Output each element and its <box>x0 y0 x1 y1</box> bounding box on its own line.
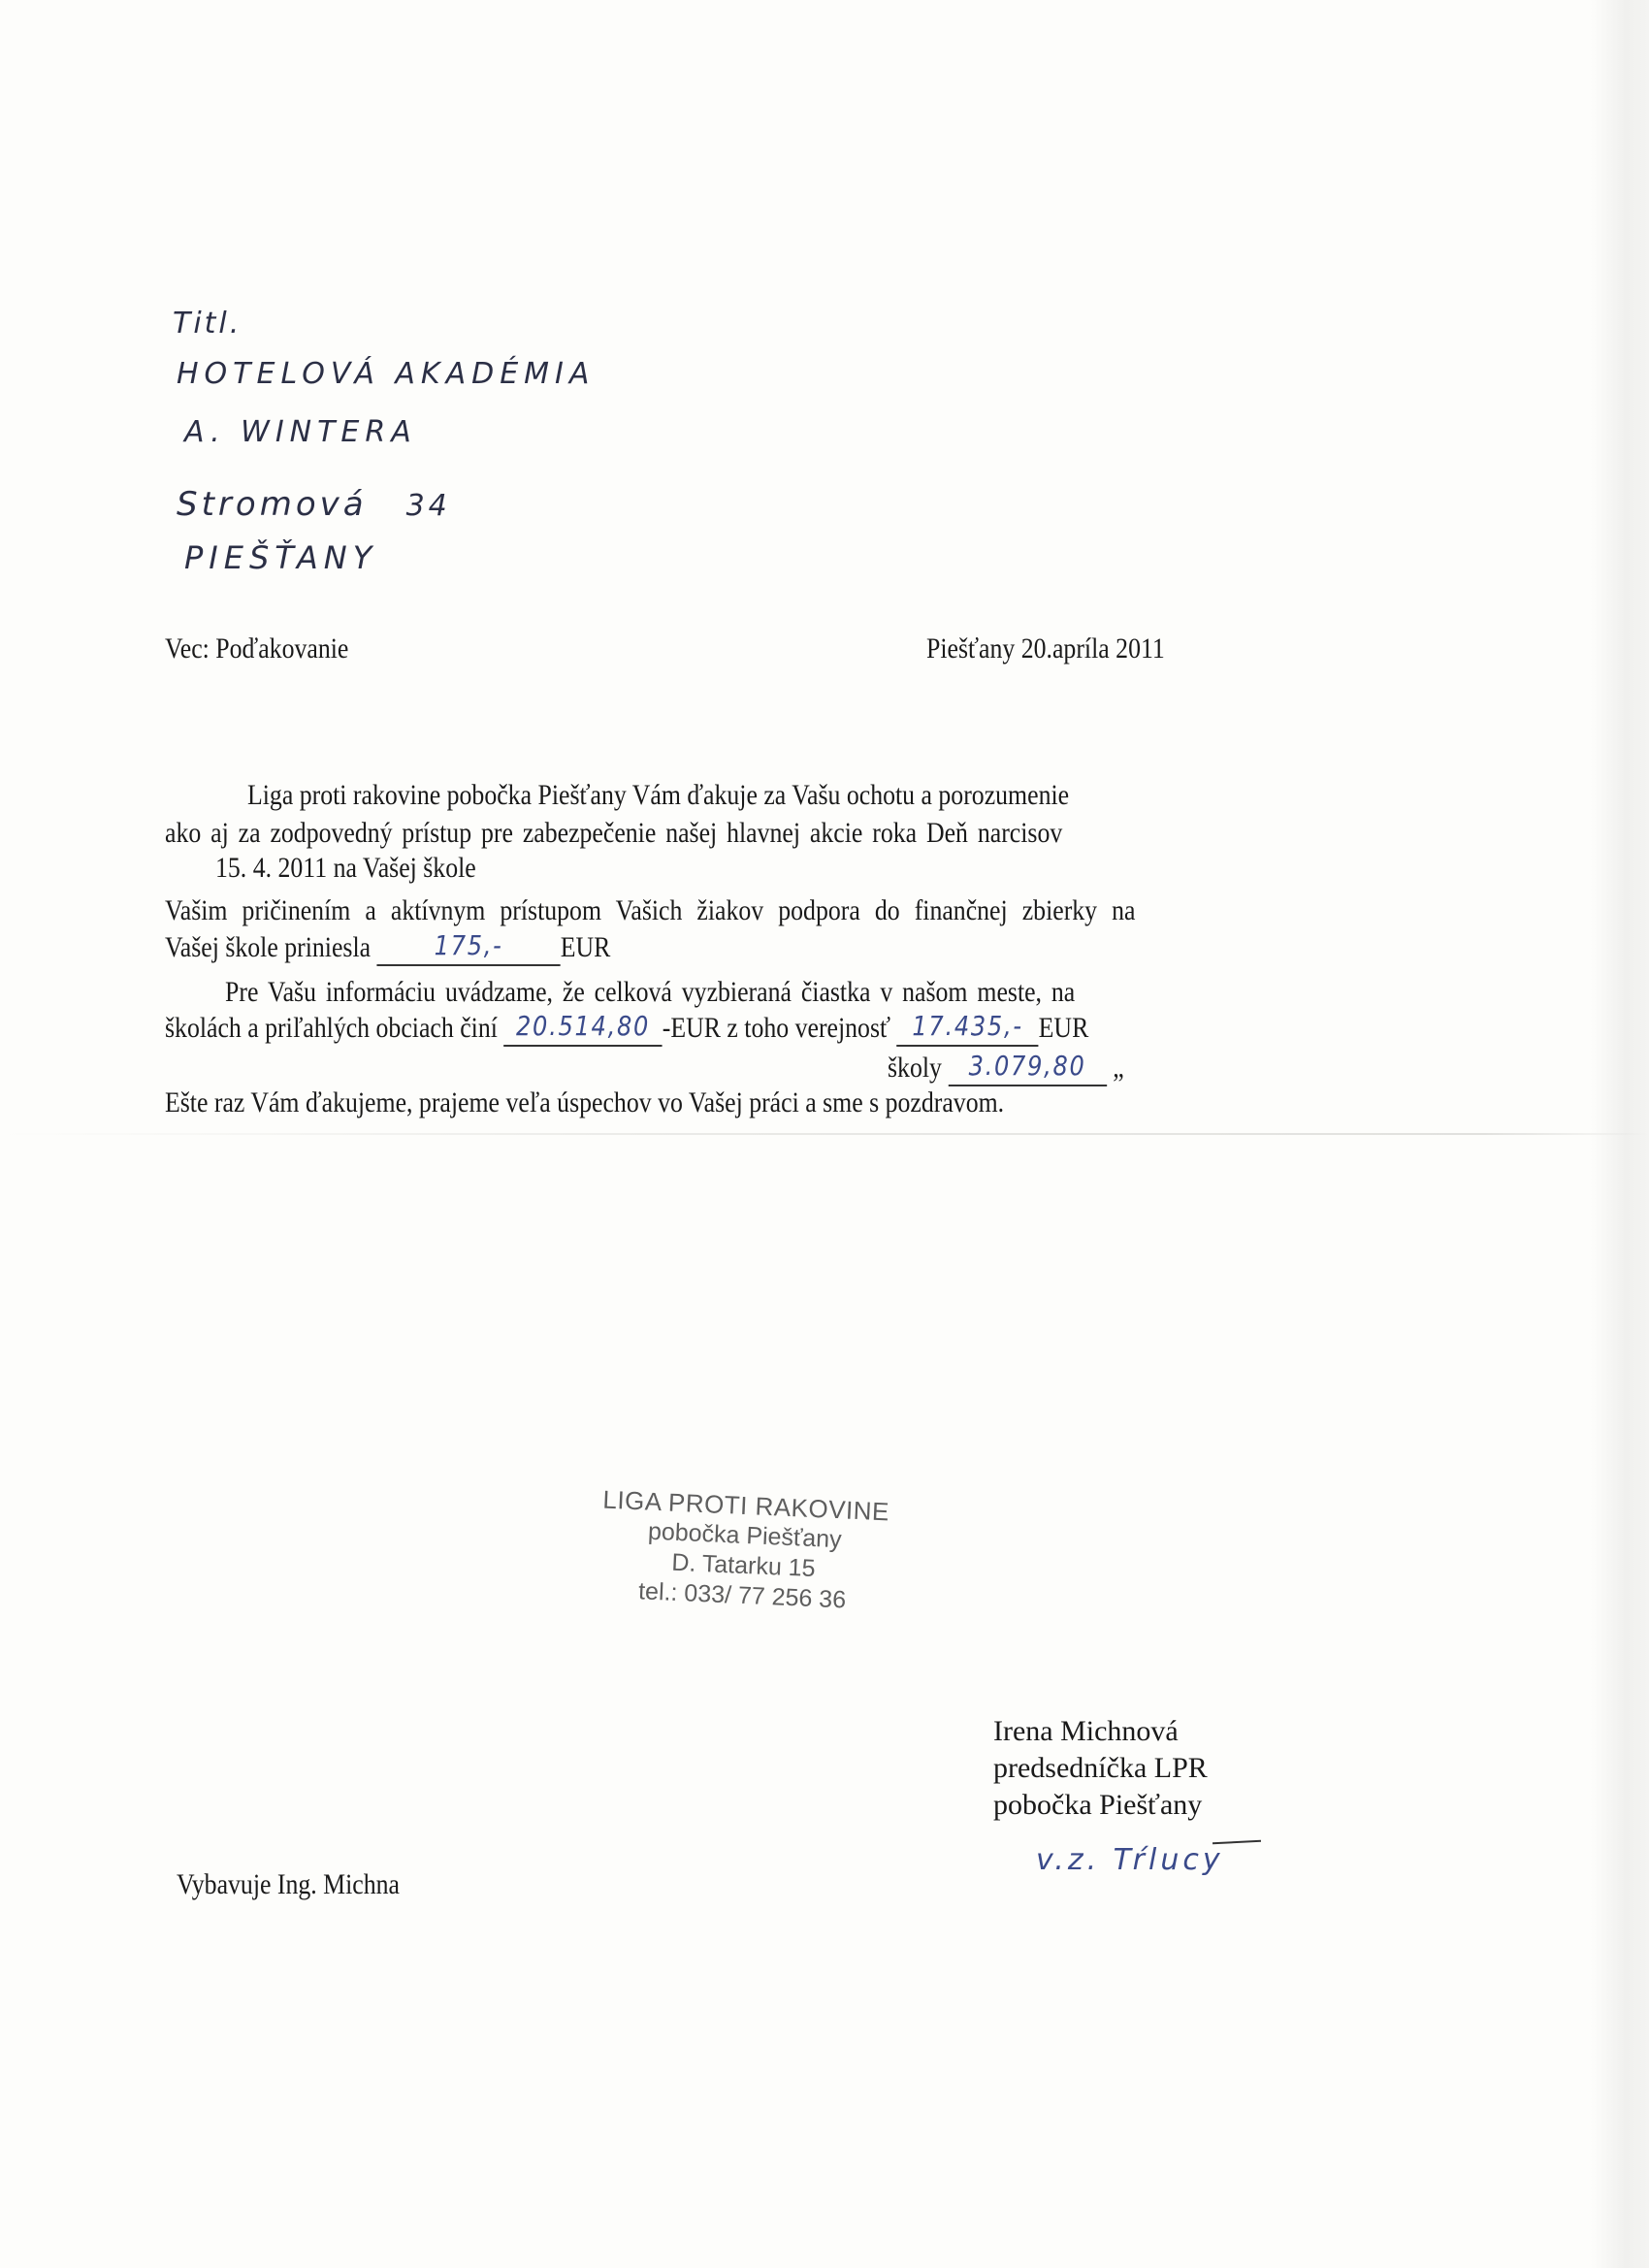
public-amount-currency: EUR <box>1039 1012 1089 1044</box>
body-line-5: Vašej škole priniesla 175,-EUR <box>165 931 610 966</box>
signatory-branch: pobočka Piešťany <box>993 1787 1208 1824</box>
handwritten-signature: v.z. Tŕlucy <box>1036 1843 1224 1877</box>
school-amount: 175,- <box>435 929 503 961</box>
signatory-name: Irena Michnová <box>993 1713 1208 1750</box>
place-date: Piešťany 20.apríla 2011 <box>926 632 1165 665</box>
total-amount-field: 20.514,80 <box>503 1012 662 1047</box>
address-street-number: 34 <box>406 489 451 523</box>
body-line-4: Vašim pričinením a aktívnym prístupom Va… <box>165 894 1135 927</box>
paper-fold-line <box>0 1133 1649 1135</box>
school-contribution-label: Vašej škole priniesla <box>165 931 377 963</box>
body-line-2: ako aj za zodpovedný prístup pre zabezpe… <box>165 817 1062 850</box>
body-line-6: Pre Vašu informáciu uvádzame, že celková… <box>225 976 1075 1009</box>
body-line-8: školy 3.079,80 „ <box>888 1052 1124 1086</box>
public-amount-label: -EUR z toho verejnosť <box>663 1012 897 1044</box>
school-amount-currency: EUR <box>561 931 611 963</box>
signatory-block: Irena Michnová predsedníčka LPR pobočka … <box>993 1713 1208 1824</box>
schools-amount-label: školy <box>888 1052 948 1084</box>
address-street: Stromová <box>177 485 368 524</box>
total-amount-label: školách a priľahlých obciach činí <box>165 1012 503 1044</box>
body-line-3: 15. 4. 2011 na Vašej škole <box>215 852 476 885</box>
address-institution-line2: A. WINTERA <box>184 415 417 449</box>
total-amount: 20.514,80 <box>516 1010 650 1042</box>
public-amount-field: 17.435,- <box>896 1012 1038 1047</box>
ditto-mark: „ <box>1107 1052 1124 1084</box>
public-amount: 17.435,- <box>912 1010 1022 1042</box>
handled-by: Vybavuje Ing. Michna <box>177 1868 400 1901</box>
organization-stamp: LIGA PROTI RAKOVINE pobočka Piešťany D. … <box>587 1484 902 1618</box>
address-salutation: Titl. <box>173 307 242 340</box>
schools-amount: 3.079,80 <box>969 1050 1086 1082</box>
signatory-title: predsedníčka LPR <box>993 1750 1208 1787</box>
body-line-7: školách a priľahlých obciach činí 20.514… <box>165 1012 1088 1047</box>
address-institution-line1: HOTELOVÁ AKADÉMIA <box>177 357 595 391</box>
subject-line: Vec: Poďakovanie <box>165 632 348 665</box>
school-amount-field: 175,- <box>377 931 561 966</box>
address-city: PIEŠŤANY <box>184 539 377 576</box>
schools-amount-field: 3.079,80 <box>948 1052 1106 1086</box>
address-street-line: Stromová34 <box>177 485 451 524</box>
body-line-9: Ešte raz Vám ďakujeme, prajeme veľa úspe… <box>165 1086 1004 1119</box>
body-line-1: Liga proti rakovine pobočka Piešťany Vám… <box>247 779 1069 812</box>
